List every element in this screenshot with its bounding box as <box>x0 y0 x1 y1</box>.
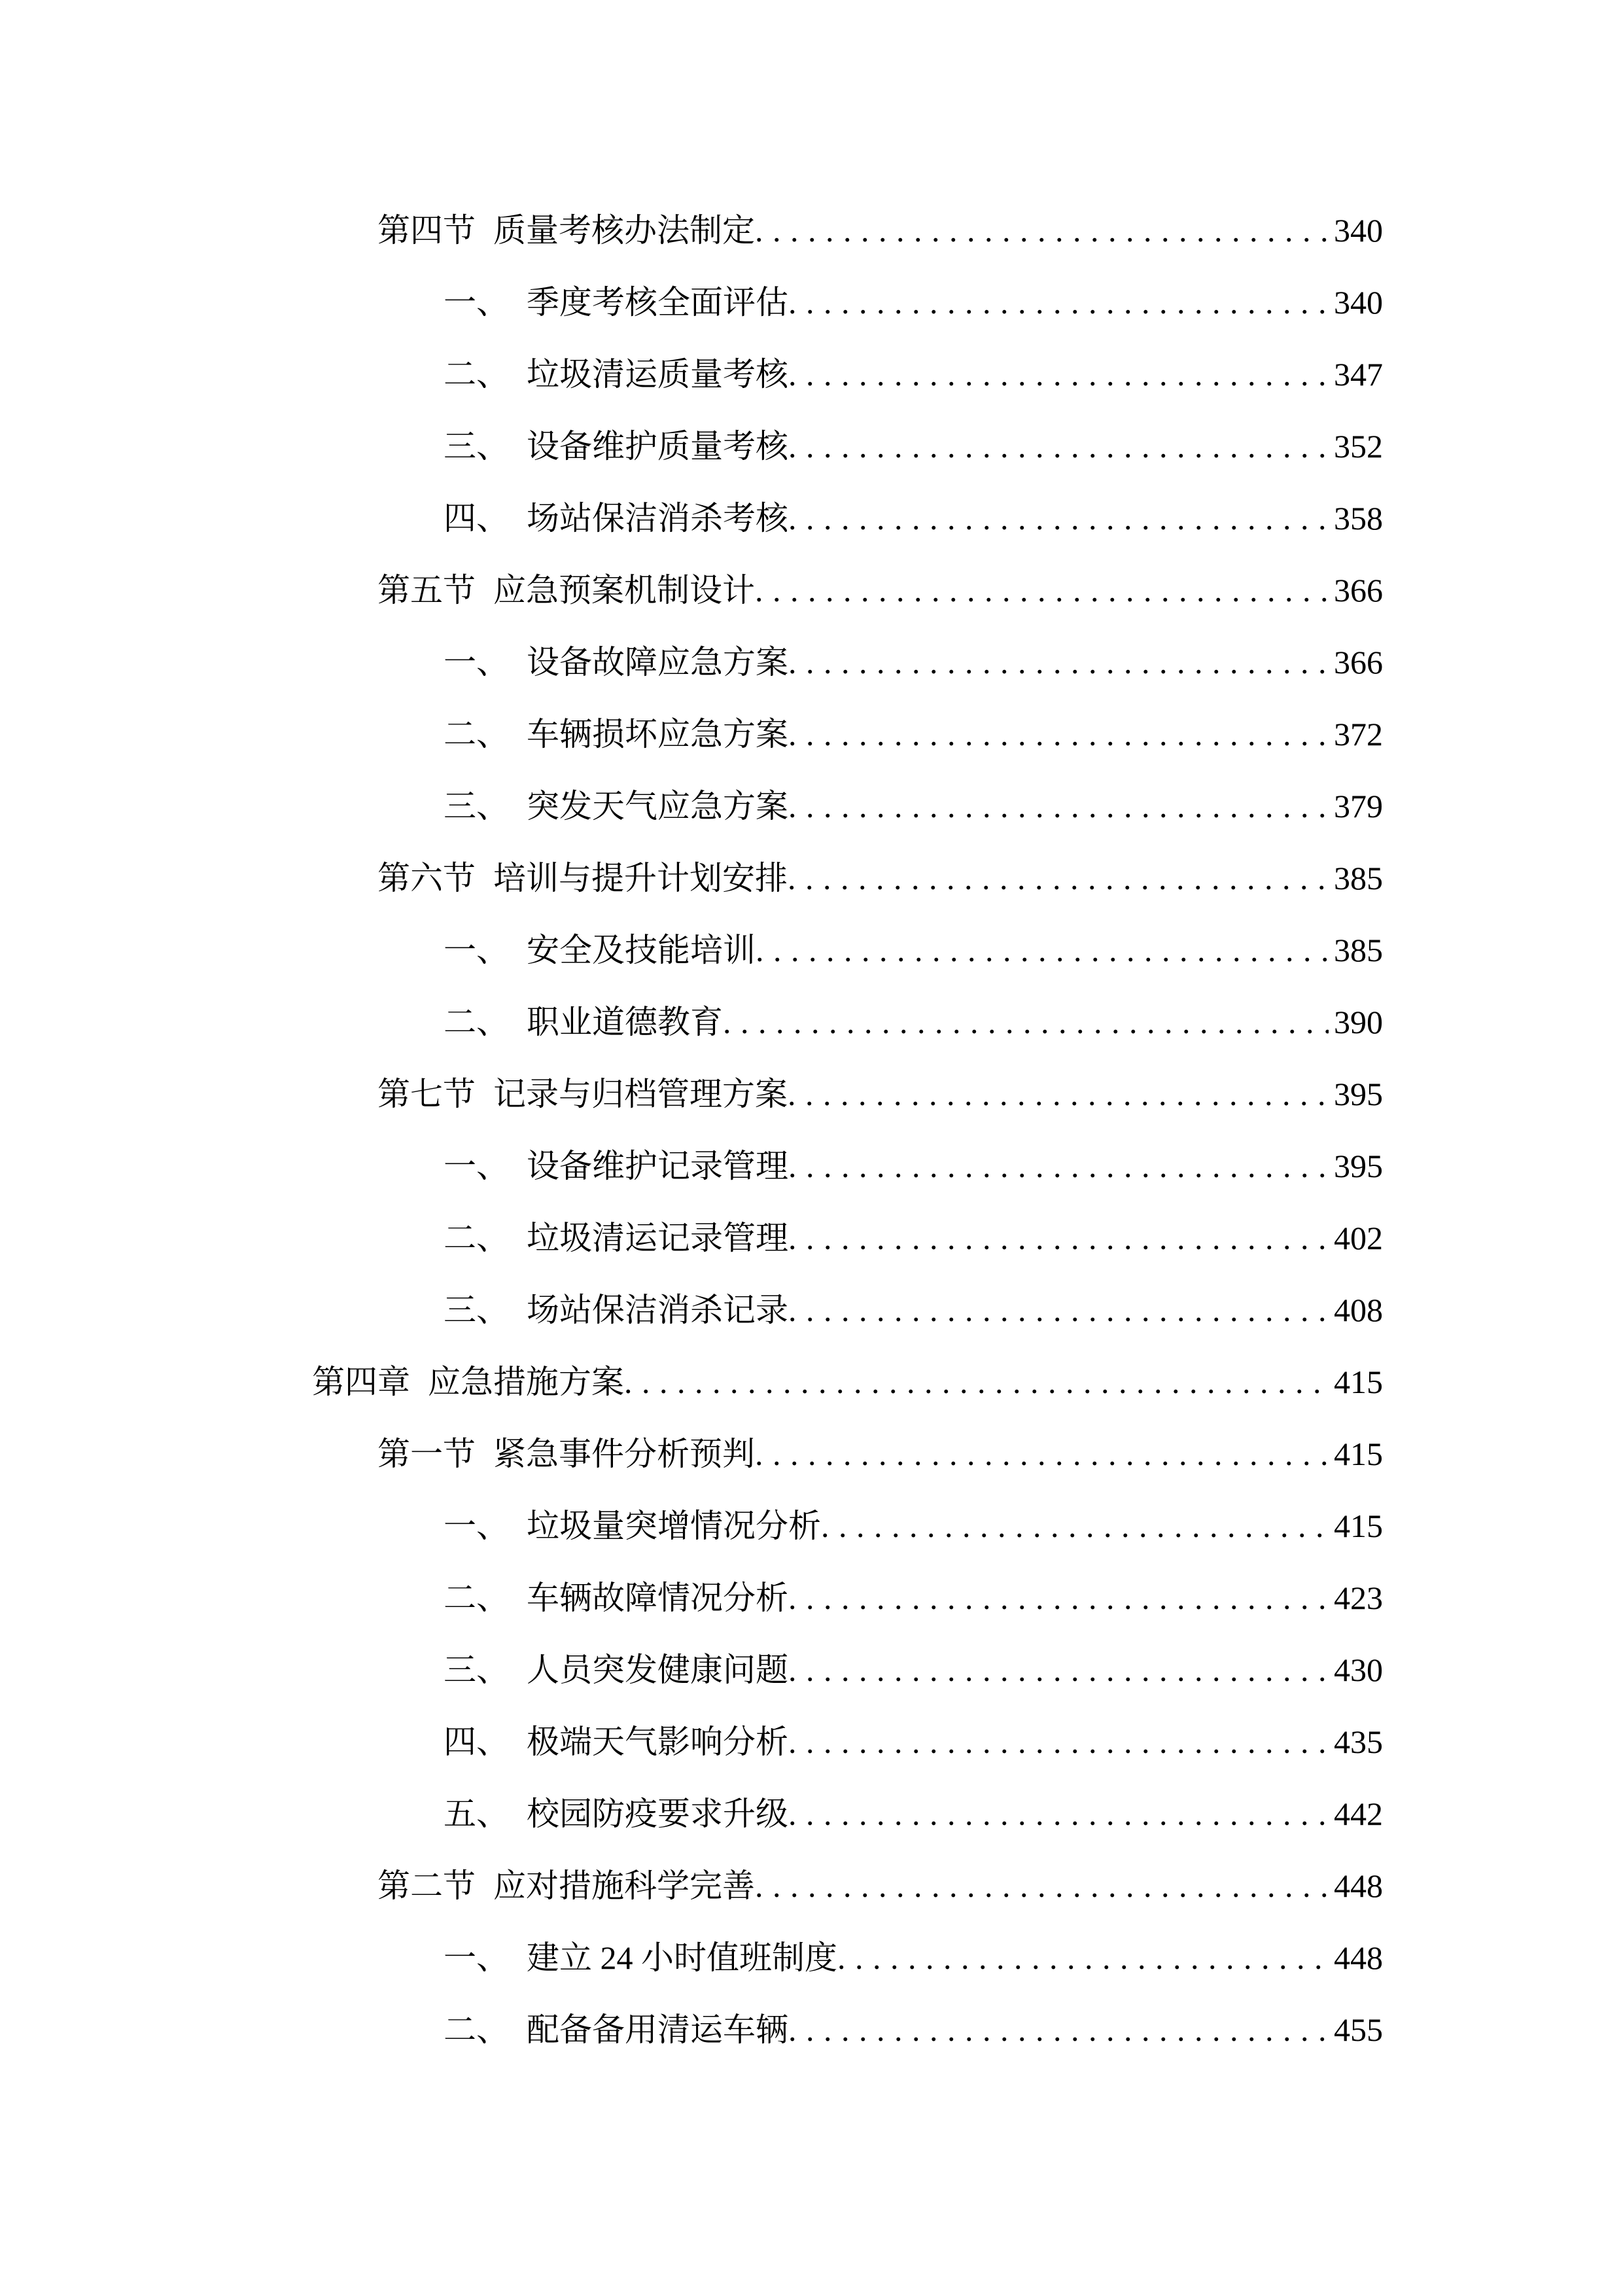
toc-entry-title: 极端天气影响分析 <box>527 1706 788 1778</box>
toc-entry-number: 三、 <box>444 770 509 842</box>
toc-entry: 第五节 应急预案机制设计 . . . . . . . . . . . . . .… <box>0 554 1623 626</box>
toc-entry-number: 二、 <box>444 1562 509 1634</box>
toc-entry-number: 二、 <box>444 986 509 1058</box>
toc-entry-page: 448 <box>1334 1922 1383 1994</box>
toc-dot-leader: . . . . . . . . . . . . . . . . . . . . … <box>788 1202 1329 1274</box>
toc-entry-title: 应急措施方案 <box>428 1346 624 1418</box>
toc-entry-number: 二、 <box>444 1994 509 2066</box>
toc-entry-number: 四、 <box>444 482 509 554</box>
toc-entry: 第一节 紧急事件分析预判 . . . . . . . . . . . . . .… <box>0 1418 1623 1490</box>
toc-entry-page: 347 <box>1334 338 1383 410</box>
toc-dot-leader: . . . . . . . . . . . . . . . . . . . . … <box>788 266 1329 338</box>
toc-entry-title: 垃圾清运质量考核 <box>527 338 788 410</box>
toc-entry-page: 395 <box>1334 1130 1383 1202</box>
toc-entry-title: 职业道德教育 <box>527 986 723 1058</box>
toc-entry-page: 442 <box>1334 1778 1383 1850</box>
toc-entry-page: 402 <box>1334 1202 1383 1274</box>
toc-entry-number: 一、 <box>444 1922 509 1994</box>
toc-entry-number: 四、 <box>444 1706 509 1778</box>
toc-entry: 二、 配备备用清运车辆 . . . . . . . . . . . . . . … <box>0 1994 1623 2066</box>
toc-entry: 一、 季度考核全面评估 . . . . . . . . . . . . . . … <box>0 266 1623 338</box>
toc-entry-title: 紧急事件分析预判 <box>493 1418 755 1490</box>
toc-dot-leader: . . . . . . . . . . . . . . . . . . . . … <box>788 842 1329 914</box>
toc-entry-page: 340 <box>1334 194 1383 266</box>
toc-entry: 第六节 培训与提升计划安排 . . . . . . . . . . . . . … <box>0 842 1623 914</box>
toc-entry-page: 385 <box>1334 842 1383 914</box>
toc-entry-page: 352 <box>1334 410 1383 482</box>
toc-entry-page: 408 <box>1334 1274 1383 1346</box>
toc-dot-leader: . . . . . . . . . . . . . . . . . . . . … <box>788 770 1329 842</box>
toc-entry: 三、 设备维护质量考核 . . . . . . . . . . . . . . … <box>0 410 1623 482</box>
toc-entry-page: 366 <box>1334 626 1383 698</box>
toc-entry-number: 三、 <box>444 1274 509 1346</box>
toc-entry-number: 二、 <box>444 1202 509 1274</box>
toc-entry-title: 质量考核办法制定 <box>493 194 755 266</box>
toc-entry-title: 应对措施科学完善 <box>493 1850 755 1922</box>
toc-entry-title: 应急预案机制设计 <box>493 554 755 626</box>
toc-entry-page: 385 <box>1334 914 1383 986</box>
toc-entry-page: 448 <box>1334 1850 1383 1922</box>
toc-entry: 第四章 应急措施方案 . . . . . . . . . . . . . . .… <box>0 1346 1623 1418</box>
toc-entry-number: 第六节 <box>377 842 476 914</box>
toc-list: 第四节 质量考核办法制定 . . . . . . . . . . . . . .… <box>0 194 1623 2066</box>
toc-entry: 一、 设备故障应急方案 . . . . . . . . . . . . . . … <box>0 626 1623 698</box>
toc-entry-title: 人员突发健康问题 <box>527 1634 788 1706</box>
toc-entry-title: 垃圾清运记录管理 <box>527 1202 788 1274</box>
toc-dot-leader: . . . . . . . . . . . . . . . . . . . . … <box>788 1274 1329 1346</box>
toc-dot-leader: . . . . . . . . . . . . . . . . . . . . … <box>756 914 1329 986</box>
toc-entry-page: 390 <box>1334 986 1383 1058</box>
toc-entry-number: 一、 <box>444 914 509 986</box>
toc-entry-number: 第五节 <box>377 554 476 626</box>
toc-dot-leader: . . . . . . . . . . . . . . . . . . . . … <box>788 1130 1329 1202</box>
toc-entry-title: 校园防疫要求升级 <box>527 1778 788 1850</box>
document-page: 第四节 质量考核办法制定 . . . . . . . . . . . . . .… <box>0 0 1623 2296</box>
toc-entry: 三、 人员突发健康问题 . . . . . . . . . . . . . . … <box>0 1634 1623 1706</box>
toc-entry-number: 五、 <box>444 1778 509 1850</box>
toc-entry-title: 建立 24 小时值班制度 <box>527 1922 837 1994</box>
toc-entry-title: 记录与归档管理方案 <box>493 1058 788 1130</box>
toc-entry-title: 车辆故障情况分析 <box>527 1562 788 1634</box>
toc-dot-leader: . . . . . . . . . . . . . . . . . . . . … <box>788 1634 1329 1706</box>
toc-entry: 三、 场站保洁消杀记录 . . . . . . . . . . . . . . … <box>0 1274 1623 1346</box>
toc-entry: 四、 场站保洁消杀考核 . . . . . . . . . . . . . . … <box>0 482 1623 554</box>
toc-entry-number: 二、 <box>444 338 509 410</box>
toc-entry-page: 379 <box>1334 770 1383 842</box>
toc-dot-leader: . . . . . . . . . . . . . . . . . . . . … <box>788 482 1329 554</box>
toc-entry-page: 340 <box>1334 266 1383 338</box>
toc-dot-leader: . . . . . . . . . . . . . . . . . . . . … <box>788 1562 1329 1634</box>
toc-entry-number: 第七节 <box>377 1058 476 1130</box>
toc-entry: 二、 车辆损坏应急方案 . . . . . . . . . . . . . . … <box>0 698 1623 770</box>
toc-entry: 五、 校园防疫要求升级 . . . . . . . . . . . . . . … <box>0 1778 1623 1850</box>
toc-entry-number: 一、 <box>444 266 509 338</box>
toc-entry-title: 配备备用清运车辆 <box>527 1994 788 2066</box>
toc-entry-number: 第一节 <box>377 1418 476 1490</box>
toc-entry-page: 395 <box>1334 1058 1383 1130</box>
toc-entry-number: 第四节 <box>377 194 476 266</box>
toc-entry-page: 372 <box>1334 698 1383 770</box>
toc-dot-leader: . . . . . . . . . . . . . . . . . . . . … <box>788 1778 1329 1850</box>
toc-entry: 二、 垃圾清运记录管理 . . . . . . . . . . . . . . … <box>0 1202 1623 1274</box>
toc-entry-title: 设备维护记录管理 <box>527 1130 788 1202</box>
toc-entry-page: 415 <box>1334 1346 1383 1418</box>
toc-entry-page: 366 <box>1334 554 1383 626</box>
toc-entry: 一、 安全及技能培训 . . . . . . . . . . . . . . .… <box>0 914 1623 986</box>
toc-dot-leader: . . . . . . . . . . . . . . . . . . . . … <box>821 1490 1329 1562</box>
toc-dot-leader: . . . . . . . . . . . . . . . . . . . . … <box>755 1850 1329 1922</box>
toc-entry-title: 场站保洁消杀考核 <box>527 482 788 554</box>
toc-entry: 第二节 应对措施科学完善 . . . . . . . . . . . . . .… <box>0 1850 1623 1922</box>
toc-entry: 二、 职业道德教育 . . . . . . . . . . . . . . . … <box>0 986 1623 1058</box>
toc-dot-leader: . . . . . . . . . . . . . . . . . . . . … <box>788 338 1329 410</box>
toc-entry-title: 设备故障应急方案 <box>527 626 788 698</box>
toc-dot-leader: . . . . . . . . . . . . . . . . . . . . … <box>624 1346 1329 1418</box>
toc-entry-number: 一、 <box>444 1130 509 1202</box>
toc-entry: 一、 建立 24 小时值班制度 . . . . . . . . . . . . … <box>0 1922 1623 1994</box>
toc-entry-page: 358 <box>1334 482 1383 554</box>
toc-dot-leader: . . . . . . . . . . . . . . . . . . . . … <box>755 194 1329 266</box>
toc-dot-leader: . . . . . . . . . . . . . . . . . . . . … <box>788 1058 1329 1130</box>
toc-entry-title: 培训与提升计划安排 <box>493 842 788 914</box>
toc-entry-number: 二、 <box>444 698 509 770</box>
toc-entry-title: 车辆损坏应急方案 <box>527 698 788 770</box>
toc-entry-number: 一、 <box>444 1490 509 1562</box>
toc-dot-leader: . . . . . . . . . . . . . . . . . . . . … <box>788 1706 1329 1778</box>
toc-dot-leader: . . . . . . . . . . . . . . . . . . . . … <box>723 986 1329 1058</box>
toc-entry-number: 一、 <box>444 626 509 698</box>
toc-entry-page: 455 <box>1334 1994 1383 2066</box>
toc-dot-leader: . . . . . . . . . . . . . . . . . . . . … <box>837 1922 1329 1994</box>
toc-dot-leader: . . . . . . . . . . . . . . . . . . . . … <box>788 698 1329 770</box>
toc-entry-title: 场站保洁消杀记录 <box>527 1274 788 1346</box>
toc-entry-page: 415 <box>1334 1490 1383 1562</box>
toc-entry: 二、 垃圾清运质量考核 . . . . . . . . . . . . . . … <box>0 338 1623 410</box>
toc-entry-title: 季度考核全面评估 <box>527 266 788 338</box>
toc-entry: 一、 设备维护记录管理 . . . . . . . . . . . . . . … <box>0 1130 1623 1202</box>
toc-entry: 一、 垃圾量突增情况分析 . . . . . . . . . . . . . .… <box>0 1490 1623 1562</box>
toc-entry-title: 安全及技能培训 <box>527 914 756 986</box>
toc-entry-number: 第二节 <box>377 1850 476 1922</box>
toc-entry-page: 415 <box>1334 1418 1383 1490</box>
toc-dot-leader: . . . . . . . . . . . . . . . . . . . . … <box>788 410 1329 482</box>
toc-entry-number: 三、 <box>444 410 509 482</box>
toc-dot-leader: . . . . . . . . . . . . . . . . . . . . … <box>788 626 1329 698</box>
toc-entry: 四、 极端天气影响分析 . . . . . . . . . . . . . . … <box>0 1706 1623 1778</box>
toc-entry: 第七节 记录与归档管理方案 . . . . . . . . . . . . . … <box>0 1058 1623 1130</box>
toc-entry: 第四节 质量考核办法制定 . . . . . . . . . . . . . .… <box>0 194 1623 266</box>
toc-entry-title: 突发天气应急方案 <box>527 770 788 842</box>
toc-entry-page: 423 <box>1334 1562 1383 1634</box>
toc-entry-number: 第四章 <box>312 1346 410 1418</box>
toc-entry: 二、 车辆故障情况分析 . . . . . . . . . . . . . . … <box>0 1562 1623 1634</box>
toc-entry: 三、 突发天气应急方案 . . . . . . . . . . . . . . … <box>0 770 1623 842</box>
toc-dot-leader: . . . . . . . . . . . . . . . . . . . . … <box>788 1994 1329 2066</box>
toc-entry-title: 垃圾量突增情况分析 <box>527 1490 821 1562</box>
toc-entry-page: 435 <box>1334 1706 1383 1778</box>
toc-dot-leader: . . . . . . . . . . . . . . . . . . . . … <box>755 554 1329 626</box>
toc-entry-page: 430 <box>1334 1634 1383 1706</box>
toc-dot-leader: . . . . . . . . . . . . . . . . . . . . … <box>755 1418 1329 1490</box>
toc-entry-title: 设备维护质量考核 <box>527 410 788 482</box>
toc-entry-number: 三、 <box>444 1634 509 1706</box>
